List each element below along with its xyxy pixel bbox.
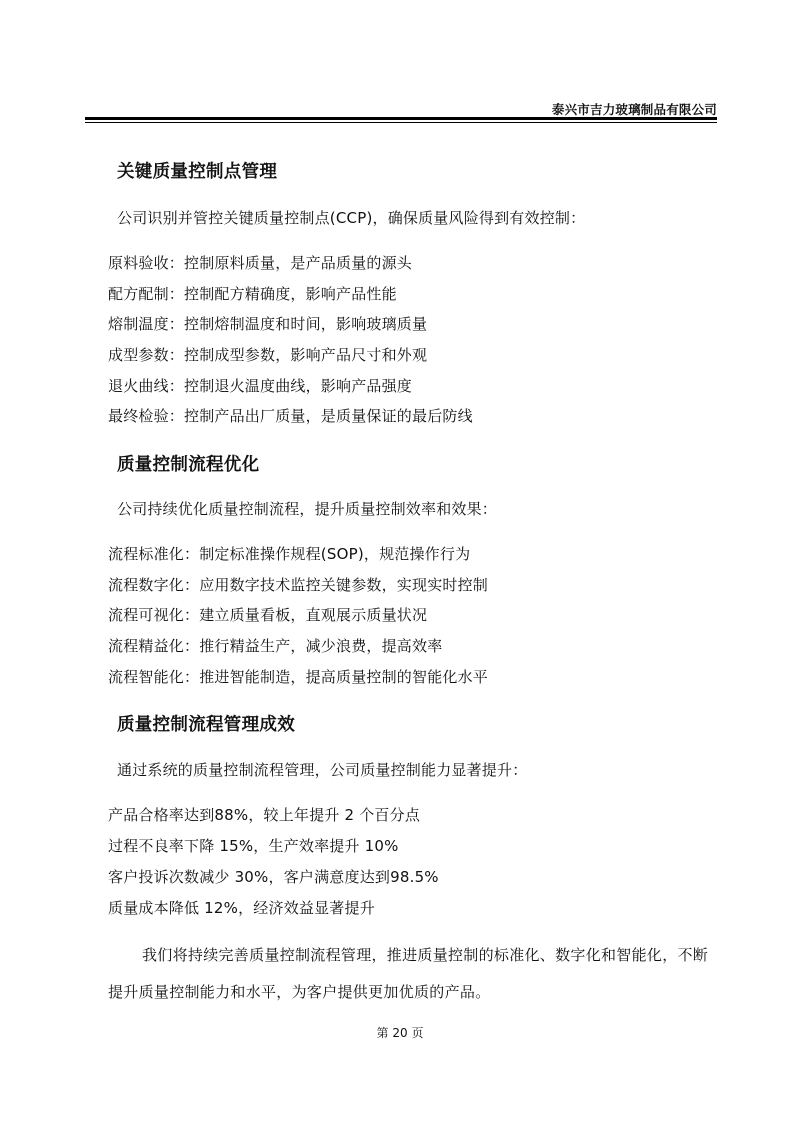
- list-item: 流程智能化：推进智能制造，提高质量控制的智能化水平: [108, 666, 488, 687]
- section-title-results: 质量控制流程管理成效: [117, 711, 295, 736]
- list-item: 质量成本降低 12%，经济效益显著提升: [108, 897, 375, 918]
- closing-paragraph: 我们将持续完善质量控制流程管理，推进质量控制的标准化、数字化和智能化，不断提升质…: [108, 937, 720, 1011]
- header-rule-thick: [85, 117, 717, 120]
- list-item: 退火曲线：控制退火温度曲线，影响产品强度: [108, 375, 412, 396]
- section-intro-optimization: 公司持续优化质量控制流程，提升质量控制效率和效果：: [117, 498, 497, 519]
- section-intro-ccp: 公司识别并管控关键质量控制点(CCP)，确保质量风险得到有效控制：: [117, 207, 585, 228]
- section-title-optimization: 质量控制流程优化: [117, 451, 259, 476]
- list-item: 配方配制：控制配方精确度，影响产品性能: [108, 283, 397, 304]
- section-title-ccp: 关键质量控制点管理: [117, 158, 277, 183]
- list-item: 熔制温度：控制熔制温度和时间，影响玻璃质量: [108, 313, 427, 334]
- list-item: 成型参数：控制成型参数，影响产品尺寸和外观: [108, 344, 427, 365]
- list-item: 最终检验：控制产品出厂质量，是质量保证的最后防线: [108, 405, 473, 426]
- list-item: 产品合格率达到88%，较上年提升 2 个百分点: [108, 804, 420, 825]
- list-item: 过程不良率下降 15%，生产效率提升 10%: [108, 835, 399, 856]
- list-item: 客户投诉次数减少 30%，客户满意度达到98.5%: [108, 866, 439, 887]
- page-number: 第 20 页: [0, 1024, 800, 1041]
- page-header: 泰兴市吉力玻璃制品有限公司: [85, 100, 717, 118]
- section-intro-results: 通过系统的质量控制流程管理，公司质量控制能力显著提升：: [117, 759, 527, 780]
- header-rule-thin: [85, 122, 717, 123]
- list-item: 流程数字化：应用数字技术监控关键参数，实现实时控制: [108, 574, 488, 595]
- list-item: 原料验收：控制原料质量，是产品质量的源头: [108, 252, 412, 273]
- list-item: 流程精益化：推行精益生产，减少浪费，提高效率: [108, 635, 442, 656]
- list-item: 流程可视化：建立质量看板，直观展示质量状况: [108, 604, 427, 625]
- list-item: 流程标准化：制定标准操作规程(SOP)，规范操作行为: [108, 543, 470, 564]
